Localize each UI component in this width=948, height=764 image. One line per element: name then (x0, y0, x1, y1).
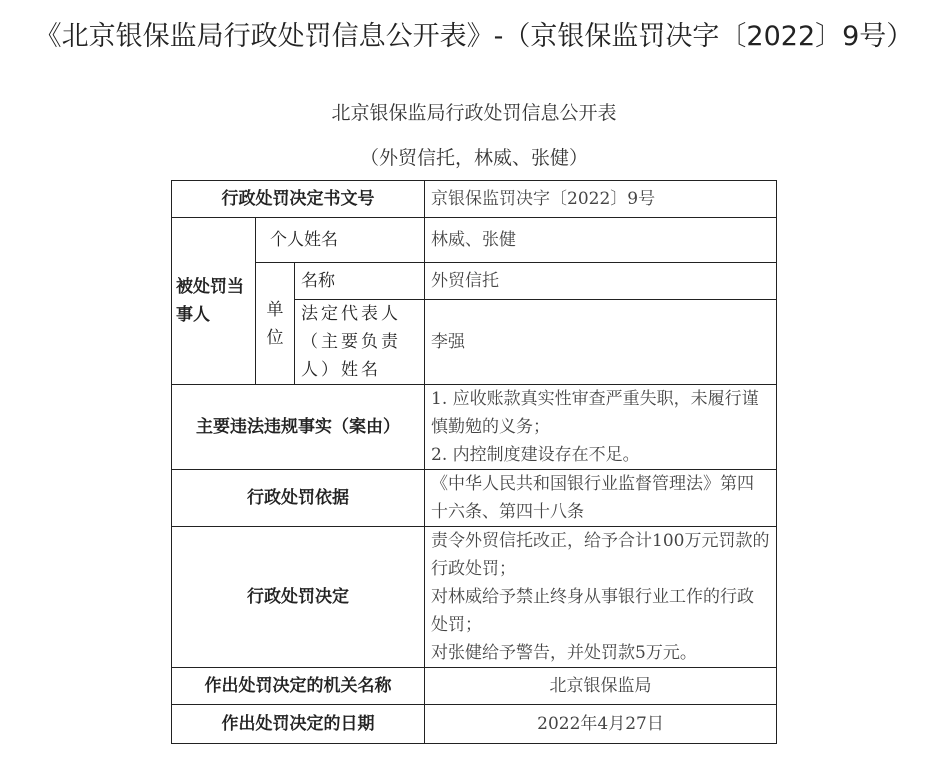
page-title: 《北京银保监局行政处罚信息公开表》-（京银保监罚决字〔2022〕9号） (0, 14, 948, 53)
penalty-table: 行政处罚决定书文号 京银保监罚决字〔2022〕9号 被处罚当事人 个人姓名 林威… (171, 180, 777, 744)
row-date: 作出处罚决定的日期 2022年4月27日 (172, 705, 777, 744)
row-unit-name: 单位 名称 外贸信托 (172, 263, 777, 300)
date-value: 2022年4月27日 (425, 705, 777, 744)
individual-label: 个人姓名 (256, 218, 425, 263)
legal-rep-value: 李强 (425, 300, 777, 385)
date-label: 作出处罚决定的日期 (172, 705, 425, 744)
row-authority: 作出处罚决定的机关名称 北京银保监局 (172, 668, 777, 705)
row-basis: 行政处罚依据 《中华人民共和国银行业监督管理法》第四十六条、第四十八条 (172, 470, 777, 527)
authority-label: 作出处罚决定的机关名称 (172, 668, 425, 705)
basis-value: 《中华人民共和国银行业监督管理法》第四十六条、第四十八条 (425, 470, 777, 527)
decision-item: 责令外贸信托改正，给予合计100万元罚款的行政处罚； (431, 527, 770, 583)
decision-label: 行政处罚决定 (172, 527, 425, 668)
individual-value: 林威、张健 (425, 218, 777, 263)
decision-value: 责令外贸信托改正，给予合计100万元罚款的行政处罚； 对林威给予禁止终身从事银行… (425, 527, 777, 668)
decision-item: 对林威给予禁止终身从事银行业工作的行政处罚； (431, 583, 770, 639)
unit-name-value: 外贸信托 (425, 263, 777, 300)
doc-number-label: 行政处罚决定书文号 (172, 181, 425, 218)
facts-value: 1. 应收账款真实性审查严重失职，未履行谨慎勤勉的义务； 2. 内控制度建设存在… (425, 385, 777, 470)
unit-name-label: 名称 (295, 263, 425, 300)
basis-label: 行政处罚依据 (172, 470, 425, 527)
row-doc-number: 行政处罚决定书文号 京银保监罚决字〔2022〕9号 (172, 181, 777, 218)
decision-item: 对张健给予警告，并处罚款5万元。 (431, 639, 770, 667)
fact-item: 2. 内控制度建设存在不足。 (431, 441, 770, 469)
legal-rep-label: 法定代表人（主要负责人）姓名 (295, 300, 425, 385)
authority-value: 北京银保监局 (425, 668, 777, 705)
doc-number-value: 京银保监罚决字〔2022〕9号 (425, 181, 777, 218)
party-label: 被处罚当事人 (172, 218, 256, 385)
fact-item: 1. 应收账款真实性审查严重失职，未履行谨慎勤勉的义务； (431, 385, 770, 441)
facts-label: 主要违法违规事实（案由） (172, 385, 425, 470)
row-decision: 行政处罚决定 责令外贸信托改正，给予合计100万元罚款的行政处罚； 对林威给予禁… (172, 527, 777, 668)
parties-subtitle: （外贸信托，林威、张健） (0, 143, 948, 170)
unit-label: 单位 (256, 263, 295, 385)
document-subtitle: 北京银保监局行政处罚信息公开表 (0, 98, 948, 125)
row-facts: 主要违法违规事实（案由） 1. 应收账款真实性审查严重失职，未履行谨慎勤勉的义务… (172, 385, 777, 470)
row-individual: 被处罚当事人 个人姓名 林威、张健 (172, 218, 777, 263)
